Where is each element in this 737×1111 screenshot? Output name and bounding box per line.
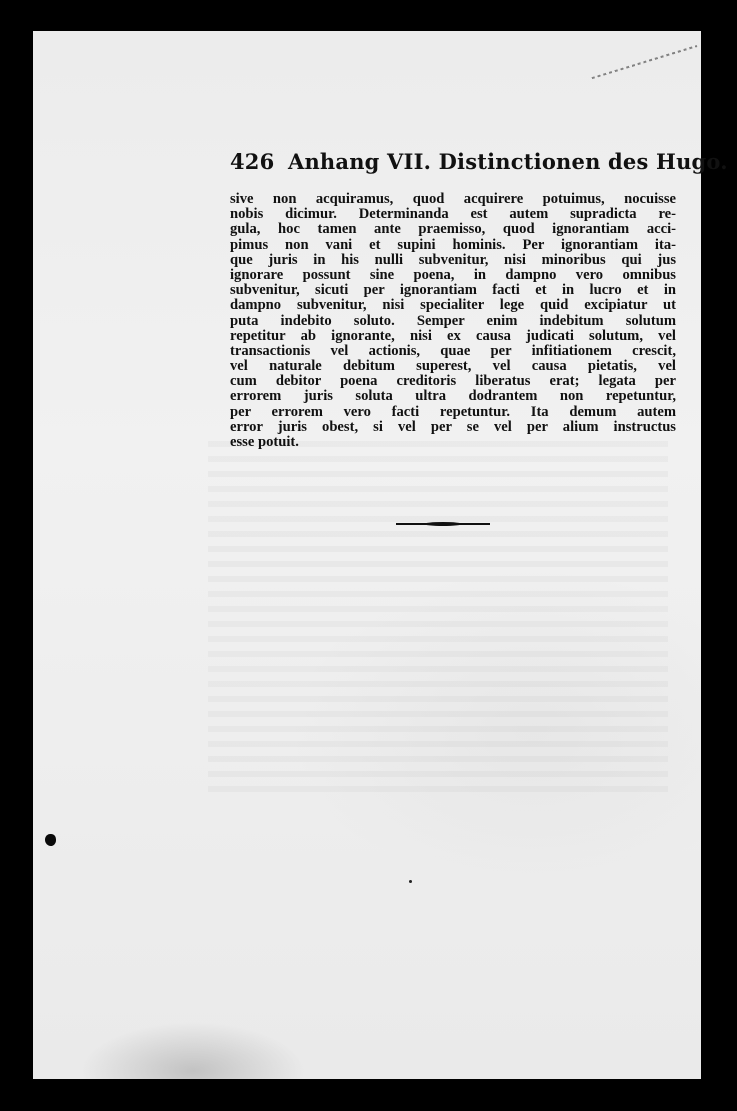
show-through-text [208,441,668,801]
text-line: gula, hoc tamen ante praemisso, quod ign… [230,222,676,237]
running-header: 426 Anhang VII. Distinctionen des Hugo. [230,149,676,174]
ink-blot [45,834,56,846]
text-line: esse potuit. [230,435,676,450]
text-line: puta indebito soluto. Semper enim indebi… [230,314,676,329]
text-line: sive non acquiramus, quod acquirere potu… [230,192,676,207]
text-line: vel naturale debitum superest, vel causa… [230,359,676,374]
page-number: 426 [230,149,274,174]
paper-stain [592,45,698,79]
scanned-page: 426 Anhang VII. Distinctionen des Hugo. … [33,31,701,1079]
text-line: ignorare possunt sine poena, in dampno v… [230,268,676,283]
text-line: subvenitur, sicuti per ignorantiam facti… [230,283,676,298]
text-line: cum debitor poena creditoris liberatus e… [230,374,676,389]
text-line: nobis dicimur. Determinanda est autem su… [230,207,676,222]
text-line: error juris obest, si vel per se vel per… [230,420,676,435]
text-line: que juris in his nulli subvenitur, nisi … [230,253,676,268]
text-line: repetitur ab ignorante, nisi ex causa ju… [230,329,676,344]
ink-speck [409,880,412,883]
text-line: dampno subvenitur, nisi specialiter lege… [230,298,676,313]
text-line: transactionis vel actionis, quae per inf… [230,344,676,359]
text-line: pimus non vani et supini hominis. Per ig… [230,238,676,253]
running-title: Anhang VII. Distinctionen des Hugo. [288,149,728,174]
section-end-rule [396,523,490,525]
text-line: errorem juris soluta ultra dodrantem non… [230,389,676,404]
text-line: per errorem vero facti repetuntur. Ita d… [230,405,676,420]
body-paragraph: sive non acquiramus, quod acquirere potu… [230,192,676,450]
